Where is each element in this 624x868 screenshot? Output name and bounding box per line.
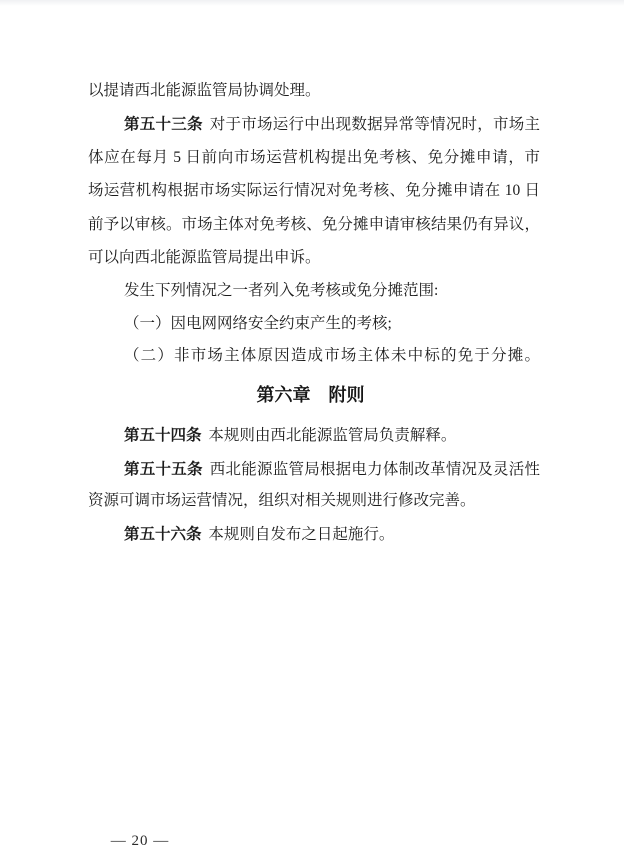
text-segment: 可以向西北能源监管局提出申诉。 (88, 249, 321, 266)
document-page: 以提请西北能源监管局协调处理。第五十三条 对于市场运行中出现数据异常等情况时，市… (0, 0, 624, 868)
text-segment: （一）因电网网络安全约束产生的考核; (124, 315, 392, 332)
text-segment: 前予以审核。市场主体对免考核、免分摊申请审核结果仍有异议， (88, 216, 540, 233)
text-segment: 发生下列情况之一者列入免考核或免分摊范围: (124, 282, 438, 299)
chapter-heading: 第六章 附则 (0, 382, 624, 408)
text-line: 第五十四条 本规则由西北能源监管局负责解释。 (88, 424, 540, 448)
text-line: 前予以审核。市场主体对免考核、免分摊申请审核结果仍有异议， (88, 213, 540, 237)
text-line: 第五十五条 西北能源监管局根据电力体制改革情况及灵活性 (88, 458, 540, 482)
text-segment: 以提请西北能源监管局协调处理。 (88, 82, 321, 99)
text-line: （一）因电网网络安全约束产生的考核; (88, 312, 540, 336)
article-number-bold: 第五十六条 (124, 526, 202, 543)
text-line: 可以向西北能源监管局提出申诉。 (88, 246, 540, 270)
text-segment: 体应在每月 5 日前向市场运营机构提出免考核、免分摊申请，市 (88, 149, 540, 166)
text-line: 体应在每月 5 日前向市场运营机构提出免考核、免分摊申请，市 (88, 146, 540, 170)
text-line: 资源可调市场运营情况，组织对相关规则进行修改完善。 (88, 489, 540, 513)
text-line: 发生下列情况之一者列入免考核或免分摊范围: (88, 279, 540, 303)
text-line: 第五十六条 本规则自发布之日起施行。 (88, 523, 540, 547)
article-number-bold: 第五十三条 (124, 116, 203, 133)
text-line: 以提请西北能源监管局协调处理。 (88, 79, 540, 103)
article-number-bold: 第五十五条 (124, 461, 203, 478)
text-segment: 本规则自发布之日起施行。 (205, 526, 395, 543)
article-number-bold: 第六章 附则 (257, 385, 365, 405)
text-line: （二）非市场主体原因造成市场主体未中标的免于分摊。 (88, 344, 540, 368)
text-segment: 资源可调市场运营情况，组织对相关规则进行修改完善。 (88, 492, 476, 509)
text-line: 第五十三条 对于市场运行中出现数据异常等情况时，市场主 (88, 113, 540, 137)
article-number-bold: 第五十四条 (124, 427, 202, 444)
text-segment: 对于市场运行中出现数据异常等情况时，市场主 (206, 116, 540, 133)
document-body: 以提请西北能源监管局协调处理。第五十三条 对于市场运行中出现数据异常等情况时，市… (0, 0, 624, 868)
page-number: — 20 — (70, 831, 210, 851)
text-line: 场运营机构根据市场实际运行情况对免考核、免分摊申请在 10 日 (88, 179, 540, 203)
text-segment: 西北能源监管局根据电力体制改革情况及灵活性 (206, 461, 540, 478)
text-segment: （二）非市场主体原因造成市场主体未中标的免于分摊。 (124, 347, 540, 364)
text-segment: 本规则由西北能源监管局负责解释。 (205, 427, 457, 444)
text-segment: 场运营机构根据市场实际运行情况对免考核、免分摊申请在 10 日 (88, 182, 540, 199)
